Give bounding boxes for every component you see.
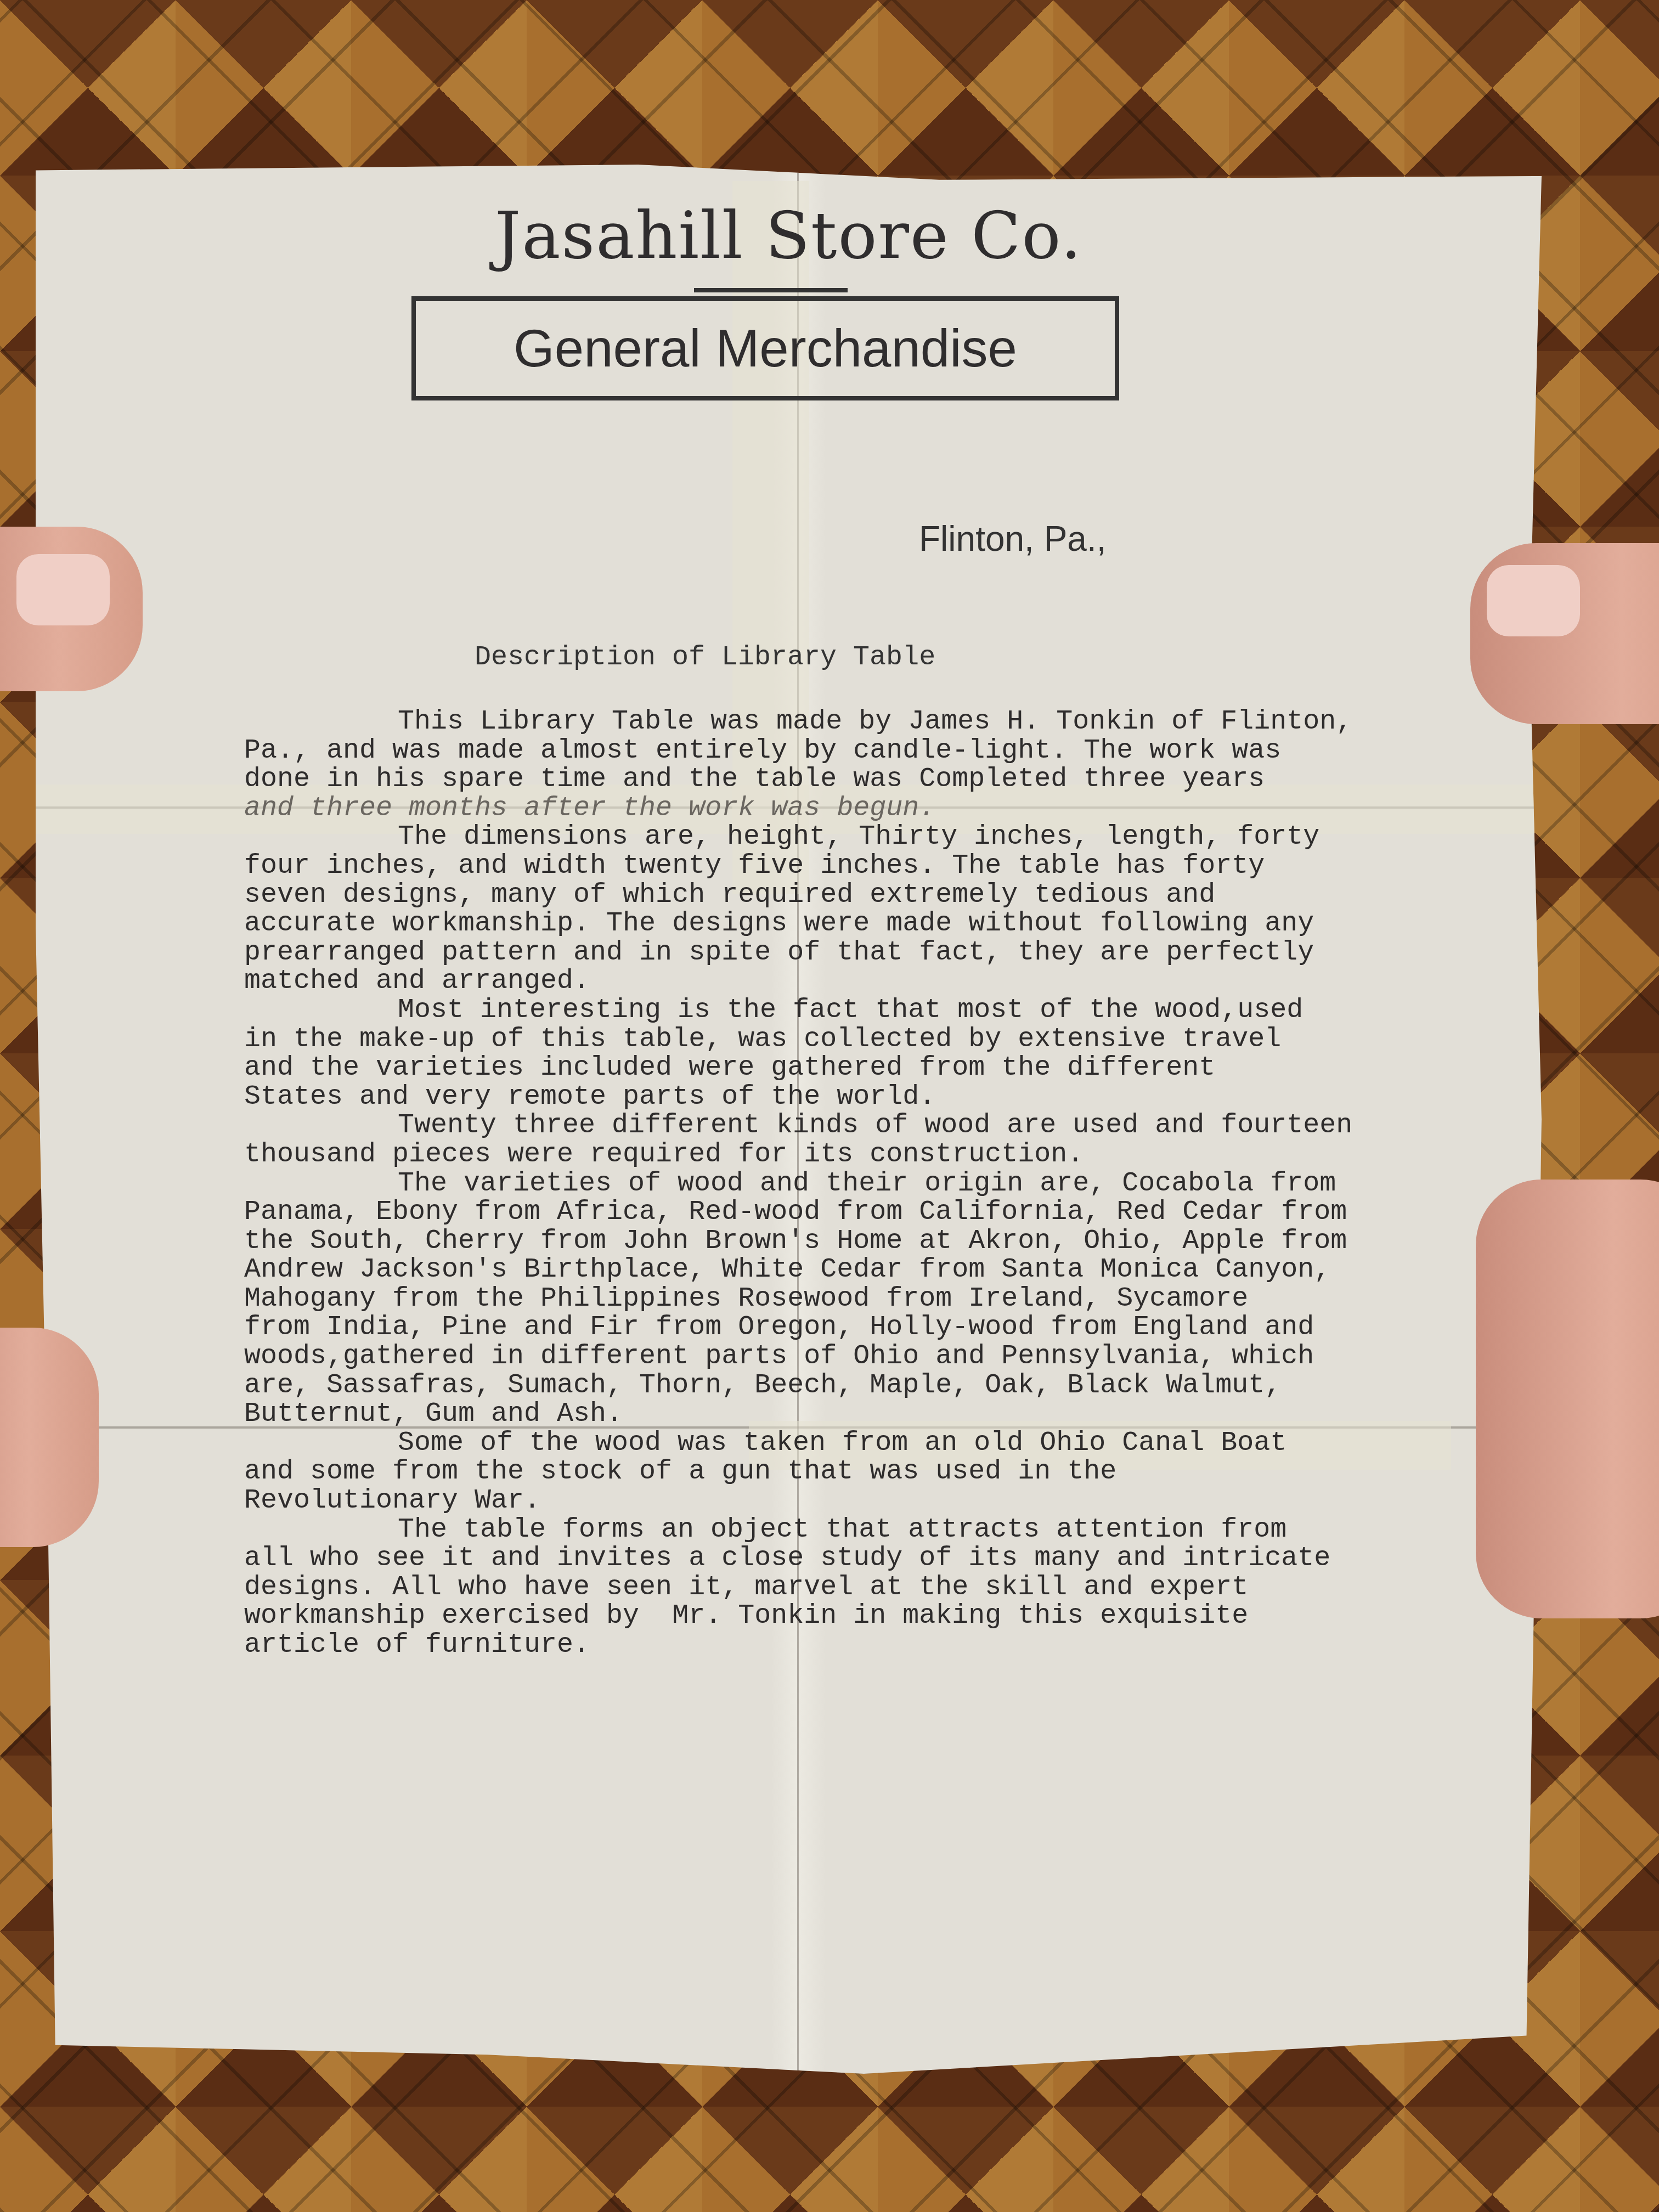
body-line: designs. All who have seen it, marvel at… (244, 1573, 1479, 1602)
place-line: Flinton, Pa., (919, 518, 1107, 559)
body-line: workmanship exercised by Mr. Tonkin in m… (244, 1602, 1479, 1631)
letter-sheet: Jasahill Store Co. General Merchandise F… (36, 165, 1542, 2074)
body-line: The varieties of wood and their origin a… (244, 1170, 1479, 1199)
right-thumbnail (1487, 565, 1580, 636)
body-line: accurate workmanship. The designs were m… (244, 910, 1479, 939)
body-line: Panama, Ebony from Africa, Red-wood from… (244, 1198, 1479, 1227)
body-line: in the make-up of this table, was collec… (244, 1025, 1479, 1054)
body-line: Pa., and was made almost entirely by can… (244, 737, 1479, 766)
body-line: Some of the wood was taken from an old O… (244, 1429, 1479, 1458)
body-line: article of furniture. (244, 1631, 1479, 1660)
company-name: Jasahill Store Co. (36, 198, 1542, 273)
body-line: and three months after the work was begu… (244, 794, 1479, 823)
body-line: The dimensions are, height, Thirty inche… (244, 823, 1479, 852)
tagline-box: General Merchandise (411, 296, 1119, 400)
left-thumb (0, 527, 143, 691)
body-line: thousand pieces were required for its co… (244, 1141, 1479, 1170)
body-line: Twenty three different kinds of wood are… (244, 1111, 1479, 1141)
document-title: Description of Library Table (475, 642, 935, 673)
body-line: woods,gathered in different parts of Ohi… (244, 1342, 1479, 1372)
body-line: Butternut, Gum and Ash. (244, 1400, 1479, 1429)
body-line: all who see it and invites a close study… (244, 1544, 1479, 1573)
body-line: and some from the stock of a gun that wa… (244, 1458, 1479, 1487)
body-line: done in his spare time and the table was… (244, 765, 1479, 794)
body-line: Revolutionary War. (244, 1487, 1479, 1516)
letterhead-divider (694, 288, 848, 292)
body-line: four inches, and width twenty five inche… (244, 852, 1479, 881)
body-line: seven designs, many of which required ex… (244, 881, 1479, 910)
body-line: Mahogany from the Philippines Rosewood f… (244, 1285, 1479, 1314)
body-line: the South, Cherry from John Brown's Home… (244, 1227, 1479, 1256)
right-fingers (1476, 1180, 1659, 1618)
tagline: General Merchandise (513, 319, 1017, 379)
body-line: The table forms an object that attracts … (244, 1516, 1479, 1545)
body-line: and the varieties included were gathered… (244, 1054, 1479, 1083)
left-thumbnail (16, 554, 110, 625)
body-line: are, Sassafras, Sumach, Thorn, Beech, Ma… (244, 1372, 1479, 1401)
body-line: Most interesting is the fact that most o… (244, 996, 1479, 1025)
body-line: This Library Table was made by James H. … (244, 708, 1479, 737)
body-line: matched and arranged. (244, 967, 1479, 996)
document-body: This Library Table was made by James H. … (244, 708, 1479, 1660)
body-line: States and very remote parts of the worl… (244, 1083, 1479, 1112)
body-line: from India, Pine and Fir from Oregon, Ho… (244, 1313, 1479, 1342)
body-line: Andrew Jackson's Birthplace, White Cedar… (244, 1256, 1479, 1285)
left-fingers (0, 1328, 99, 1547)
right-thumb (1470, 543, 1659, 724)
body-line: prearranged pattern and in spite of that… (244, 939, 1479, 968)
